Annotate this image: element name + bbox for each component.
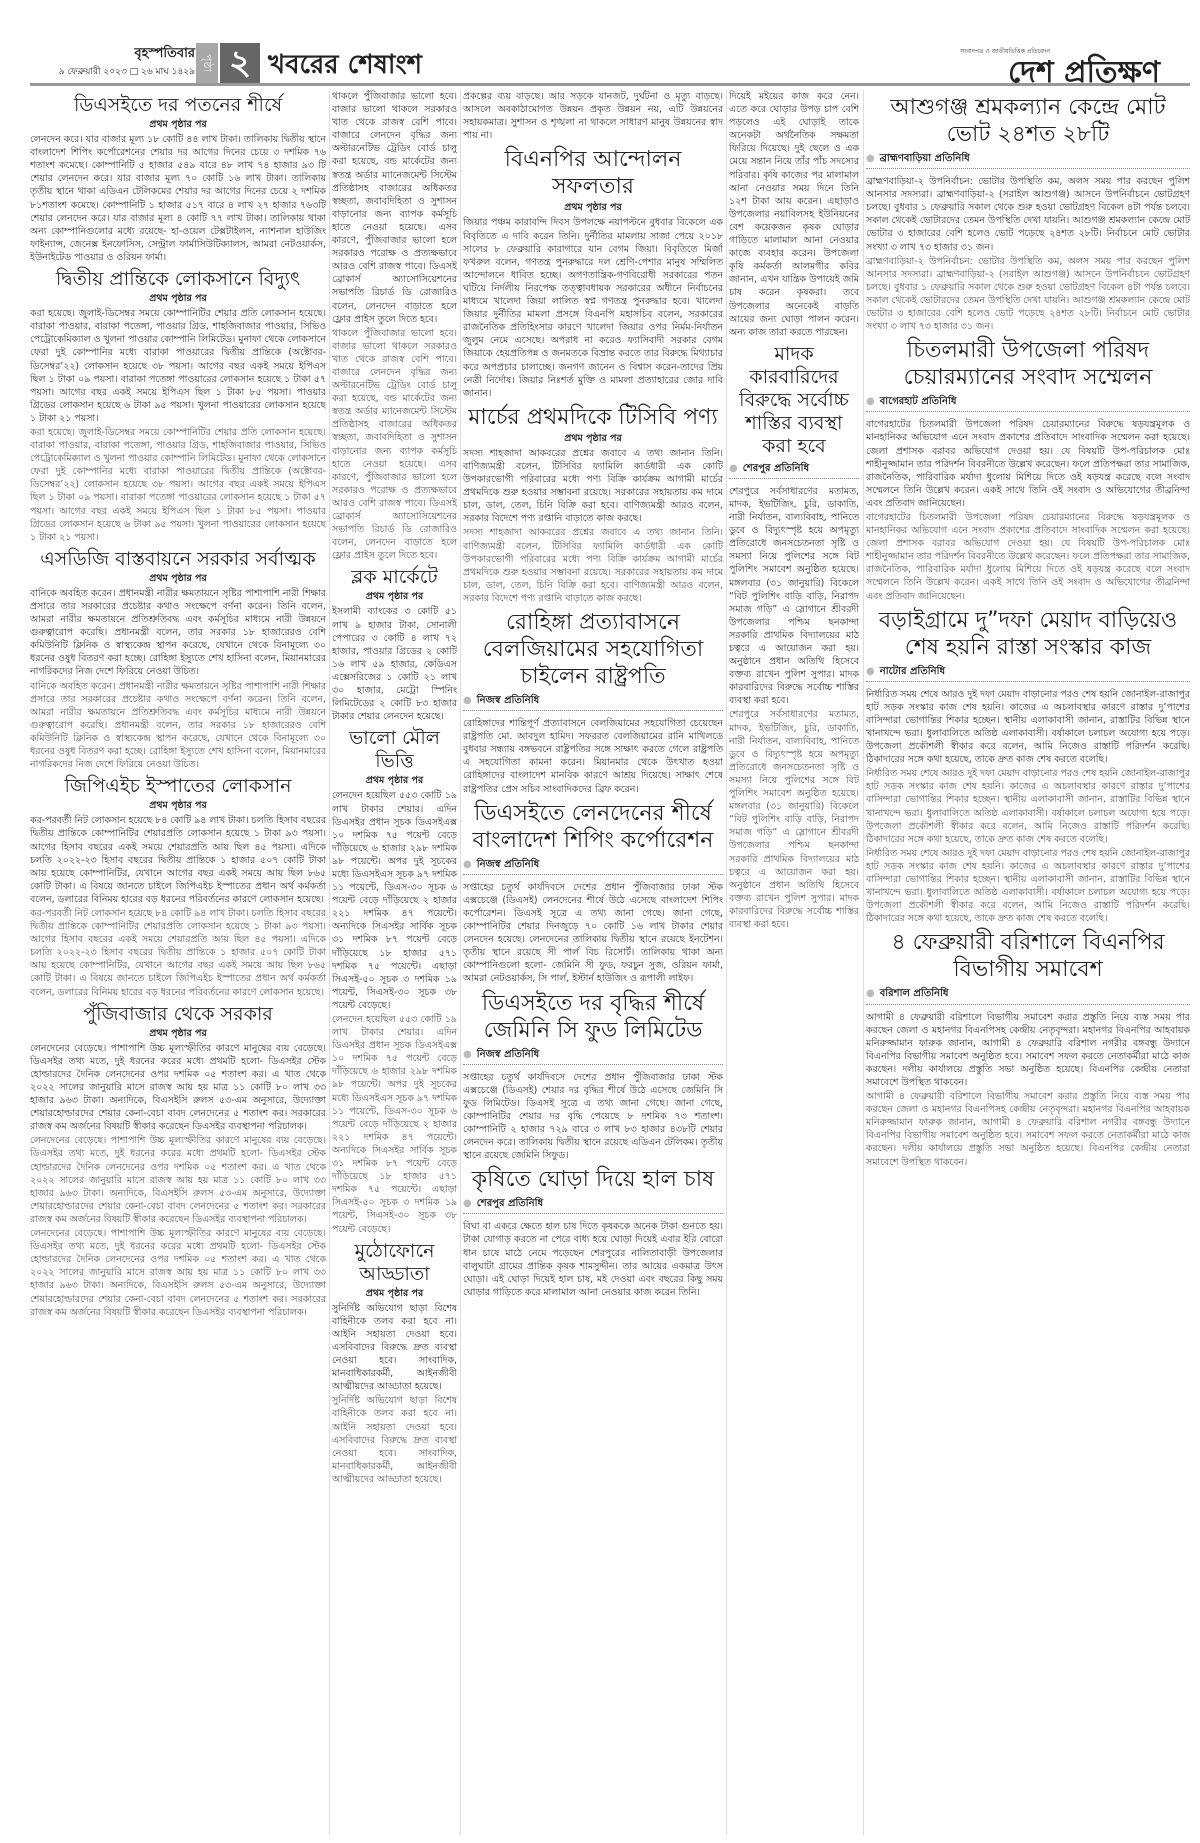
issue-date: ৯ ফেব্রুয়ারী ২০২৩ □ ২৬ মাঘ ১৪২৯	[59, 64, 195, 79]
column-2: থাকলে পুঁজিবাজার ভালো হবে। বাজার ভালো থা…	[332, 90, 457, 1835]
article-body: করা হয়েছে। জুলাই-ডিসেম্বর সময়ে কোম্পান…	[30, 307, 326, 425]
headline[interactable]: পুঁজিবাজার থেকে সরকার	[30, 1003, 326, 1026]
article-gemini-sea-food: ডিএসইতে দর বৃদ্ধির শীর্ষে জেমিনি সি ফুড …	[463, 990, 723, 1163]
article-block-market: ব্লক মার্কেটে প্রথম পৃষ্ঠার পর ইসলামী ব্…	[332, 566, 457, 723]
article-body: লেনদেনের বেড়েছে। পাশাপাশি উচ্চ মূল্যস্ফ…	[30, 1134, 326, 1226]
column-5: আশুগঞ্জ শ্রমকল্যান কেন্দ্রে মোট ভোট ২৪শত…	[866, 90, 1190, 1835]
column-divider	[726, 90, 727, 1835]
headline[interactable]: ডিএসইতে দর বৃদ্ধির শীর্ষে জেমিনি সি ফুড …	[463, 990, 723, 1044]
byline-divider	[463, 1064, 723, 1065]
article-body: লেনদেনের বেড়েছে। পাশাপাশি উচ্চ মূল্যস্ফ…	[30, 1227, 326, 1319]
continued-label: প্রথম পৃষ্ঠার পর	[332, 590, 457, 603]
byline-divider	[866, 168, 1190, 169]
byline: শেরপুর প্রতিনিধি	[729, 462, 859, 475]
article-body: নির্ধারিত সময় শেষে আরও দুই দফা মেয়াদ ব…	[866, 847, 1190, 926]
section-title: খবরের শেষাংশ	[268, 44, 422, 88]
article-gph-ispat: জিপিএইচ ইস্পাতের লোকসান প্রথম পৃষ্ঠার পর…	[30, 775, 326, 998]
continued-label: প্রথম পৃষ্ঠার পর	[30, 292, 326, 305]
article-body: থাকলে পুঁজিবাজার ভালো হবে। বাজার ভালো থা…	[332, 327, 457, 563]
headline[interactable]: ডিএসইতে দর পতনের শীর্ষে	[30, 94, 326, 117]
article-body: নির্ধারিত সময় শেষে আরও দুই দফা মেয়াদ ব…	[866, 688, 1190, 767]
page-number: ২	[220, 43, 260, 83]
article-sdg: এসডিজি বাস্তবায়নে সরকার সর্বাত্মক প্রথম…	[30, 548, 326, 771]
headline[interactable]: দ্বিতীয় প্রান্তিকে লোকসানে বিদ্যুৎ	[30, 268, 326, 291]
article-body: কর-পরবর্তী নিট লোকসান হয়েছে ৮৪ কোটি ৯৪ …	[30, 814, 326, 906]
article-body: বাগেরহাটের চিতলমারী উপজেলা পরিষদ চেয়ারম…	[866, 418, 1190, 510]
headline[interactable]: ৪ ফেব্রুয়ারী বরিশালে বিএনপির বিভাগীয় স…	[866, 929, 1190, 983]
byline: নিজস্ব প্রতিনিধি	[463, 1048, 723, 1061]
article-dse-fall: ডিএসইতে দর পতনের শীর্ষে প্রথম পৃষ্ঠার পর…	[30, 94, 326, 264]
column-divider	[460, 90, 461, 1835]
article-capital-market: পুঁজিবাজার থেকে সরকার প্রথম পৃষ্ঠার পর ল…	[30, 1003, 326, 1319]
article-body: সপ্তাহের চতুর্থ কার্যদিবসে দেশের প্রধান …	[463, 881, 723, 986]
article-chitalmari: চিতলমারী উপজেলা পরিষদ চেয়ারম্যানের সংবা…	[866, 337, 1190, 602]
continued-label: প্রথম পৃষ্ঠার পর	[30, 118, 326, 131]
article-body: থাকলে পুঁজিবাজার ভালো হবে। বাজার ভালো থা…	[332, 90, 457, 326]
byline-divider	[729, 478, 859, 479]
byline: শেরপুর প্রতিনিধি	[463, 1197, 723, 1210]
column-4: দিয়েই মইয়ের কাজ করে নেন। এতে করে ঘোড়া…	[729, 90, 859, 1835]
article-body: রোহিঙ্গাদের শান্তিপূর্ণ প্রত্যাবাসনে বেল…	[463, 717, 723, 796]
article-body: বানিকে অবহিত করেন। প্রধানমন্ত্রী নারীর ক…	[30, 680, 326, 772]
article-body: নির্ধারিত সময় শেষে আরও দুই দফা মেয়াদ ব…	[866, 767, 1190, 846]
article-body: বাগেরহাটের চিতলমারী উপজেলা পরিষদ চেয়ারম…	[866, 511, 1190, 603]
article-body: শেরপুরে সর্বসাধারণের মতামত, মাদক, ইভটিজি…	[729, 485, 859, 708]
article-mobile-chatting: মুঠোফোনে আড্ডাতা প্রথম পৃষ্ঠার পর সুনির্…	[332, 1240, 457, 1486]
article-body: সুনির্দিষ্ট অভিযোগ ছাড়া বিশেষ বাহিনীকে …	[332, 1394, 457, 1486]
article-body: ব্রাহ্মণবাড়িয়া-২ উপনির্বাচন: ভোটার উপস…	[866, 175, 1190, 254]
headline[interactable]: বিএনপির আন্দোলন সফলতার	[463, 146, 723, 200]
article-body: লেনদেন করে। যার বাজার মূল্য ১৮ কোটি ৪৪ ল…	[30, 133, 326, 264]
header-rule	[30, 83, 1190, 86]
article-second-quarter-loss: দ্বিতীয় প্রান্তিকে লোকসানে বিদ্যুৎ প্রথ…	[30, 268, 326, 544]
byline: নিজস্ব প্রতিনিধি	[463, 694, 723, 707]
weekday: বৃহস্পতিবার	[134, 44, 195, 65]
byline: বরিশাল প্রতিনিধি	[866, 987, 1190, 1000]
article-body: বিঘা বা একরে ক্ষেতে হাল চাষ দিতে কৃষককে …	[463, 1220, 723, 1299]
byline: ব্রাহ্মণবাড়িয়া প্রতিনিধি	[866, 152, 1190, 165]
continued-label: প্রথম পৃষ্ঠার পর	[30, 799, 326, 812]
continued-label: প্রথম পৃষ্ঠার পর	[30, 1027, 326, 1040]
headline[interactable]: ভালো মৌল ভিত্তি	[332, 727, 457, 773]
headline[interactable]: চিতলমারী উপজেলা পরিষদ চেয়ারম্যানের সংবা…	[866, 337, 1190, 391]
byline-divider	[463, 1213, 723, 1214]
article-body: করা হয়েছে। জুলাই-ডিসেম্বর সময়ে কোম্পান…	[30, 426, 326, 544]
page-label: পৃষ্ঠা	[196, 43, 218, 83]
article-bnp-success: বিএনপির আন্দোলন সফলতার প্রথম পৃষ্ঠার পর …	[463, 146, 723, 399]
article-body: আগামী ৪ ফেব্রুয়ারী বরিশালে বিভাগীয় সমা…	[866, 1090, 1190, 1169]
article-body: শেরপুরে সর্বসাধারণের মতামত, মাদক, ইভটিজি…	[729, 708, 859, 931]
article-ashuganj: আশুগঞ্জ শ্রমকল্যান কেন্দ্রে মোট ভোট ২৪শত…	[866, 94, 1190, 333]
byline: নাটোর প্রতিনিধি	[866, 665, 1190, 678]
continued-label: প্রথম পৃষ্ঠার পর	[332, 1287, 457, 1300]
headline[interactable]: আশুগঞ্জ শ্রমকল্যান কেন্দ্রে মোট ভোট ২৪শত…	[866, 94, 1190, 148]
article-body: সদস্য শাহজাদা আকবরের প্রশ্নের জবাবে এ তথ…	[463, 526, 723, 605]
article-body: আগামী ৪ ফেব্রুয়ারী বরিশালে বিভাগীয় সমা…	[866, 1011, 1190, 1090]
headline[interactable]: বড়াইগ্রামে দু”দফা মেয়াদ বাড়িয়েও শেষ …	[866, 607, 1190, 661]
masthead: বৃহস্পতিবার ৯ ফেব্রুয়ারী ২০২৩ □ ২৬ মাঘ …	[0, 0, 1200, 82]
article-body: সপ্তাহের চতুর্থ কার্যদিবসে দেশের প্রধান …	[463, 1071, 723, 1163]
article-body: ইসলামী ব্যাংকের ৩ কোটি ৫১ লাখ ৯ হাজার টা…	[332, 605, 457, 723]
article-body: বানিকে অবহিত করেন। প্রধানমন্ত্রী নারীর ক…	[30, 587, 326, 679]
article-body: লেনদেন হয়েছিল ৫৫৩ কোটি ১৯ লাখ টাকার শেয…	[332, 789, 457, 1012]
byline-divider	[866, 411, 1190, 412]
byline: নিজস্ব প্রতিনিধি	[463, 858, 723, 871]
byline-divider	[866, 1004, 1190, 1005]
article-rohingya: রোহিঙ্গা প্রত্যাবাসনে বেলজিয়ামের সহযোগি…	[463, 609, 723, 796]
column-divider	[863, 90, 864, 1835]
article-body: দিয়েই মইয়ের কাজ করে নেন। এতে করে ঘোড়া…	[729, 90, 859, 339]
continued-label: প্রথম পৃষ্ঠার পর	[332, 774, 457, 787]
headline[interactable]: মার্চের প্রথমদিকে টিসিবি পণ্য	[463, 404, 723, 431]
headline[interactable]: কৃষিতে ঘোড়া দিয়ে হাল চাষ	[463, 1166, 723, 1193]
headline[interactable]: ডিএসইতে লেনদেনের শীর্ষে বাংলাদেশ শিপিং ক…	[463, 800, 723, 854]
article-shipping-corp: ডিএসইতে লেনদেনের শীর্ষে বাংলাদেশ শিপিং ক…	[463, 800, 723, 986]
headline[interactable]: ব্লক মার্কেটে	[332, 566, 457, 589]
article-body: লেনদেন হয়েছিল ৫৫৩ কোটি ১৯ লাখ টাকার শেয…	[332, 1013, 457, 1236]
headline[interactable]: জিপিএইচ ইস্পাতের লোকসান	[30, 775, 326, 798]
continued-label: প্রথম পৃষ্ঠার পর	[30, 572, 326, 585]
article-body: সুনির্দিষ্ট অভিযোগ ছাড়া বিশেষ বাহিনীকে …	[332, 1302, 457, 1394]
headline[interactable]: এসডিজি বাস্তবায়নে সরকার সর্বাত্মক	[30, 548, 326, 571]
article-tcb-products: মার্চের প্রথমদিকে টিসিবি পণ্য প্রথম পৃষ্…	[463, 404, 723, 605]
article-good-foundation: ভালো মৌল ভিত্তি প্রথম পৃষ্ঠার পর লেনদেন …	[332, 727, 457, 1235]
column-divider	[329, 90, 330, 1835]
byline-divider	[866, 681, 1190, 682]
continued-label: প্রথম পৃষ্ঠার পর	[463, 201, 723, 214]
article-baraigram: বড়াইগ্রামে দু”দফা মেয়াদ বাড়িয়েও শেষ …	[866, 607, 1190, 926]
article-body: সদস্য শাহজাদা আকবরের প্রশ্নের জবাবে এ তথ…	[463, 447, 723, 526]
headline[interactable]: মুঠোফোনে আড্ডাতা	[332, 1240, 457, 1286]
article-body: জিয়ার পঞ্চম কারাবন্দি দিবস উপলক্ষে নয়া…	[463, 216, 723, 399]
article-barishal: ৪ ফেব্রুয়ারী বরিশালে বিএনপির বিভাগীয় স…	[866, 929, 1190, 1168]
article-body: কর-পরবর্তী নিট লোকসান হয়েছে ৮৪ কোটি ৯৪ …	[30, 907, 326, 999]
column-3: প্রকল্পের ব্যয় বাড়ছে। আর সড়কে যানজট, …	[463, 90, 723, 1835]
continued-label: প্রথম পৃষ্ঠার পর	[463, 432, 723, 445]
column-1: ডিএসইতে দর পতনের শীর্ষে প্রথম পৃষ্ঠার পর…	[30, 90, 326, 1835]
headline[interactable]: রোহিঙ্গা প্রত্যাবাসনে বেলজিয়ামের সহযোগি…	[463, 609, 723, 690]
article-body: লেনদেনের বেড়েছে। পাশাপাশি উচ্চ মূল্যস্ফ…	[30, 1042, 326, 1134]
byline: বাগেরহাট প্রতিনিধি	[866, 395, 1190, 408]
article-horse-plough: কৃষিতে ঘোড়া দিয়ে হাল চাষ শেরপুর প্রতিন…	[463, 1166, 723, 1299]
headline[interactable]: মাদক কারবারিদের বিরুদ্ধে সর্বোচ্চ শাস্তি…	[729, 343, 859, 458]
byline-divider	[463, 710, 723, 711]
byline-divider	[463, 874, 723, 875]
article-drug-dealers: মাদক কারবারিদের বিরুদ্ধে সর্বোচ্চ শাস্তি…	[729, 343, 859, 931]
article-body: ব্রাহ্মণবাড়িয়া-২ উপনির্বাচন: ভোটার উপস…	[866, 255, 1190, 334]
article-body: প্রকল্পের ব্যয় বাড়ছে। আর সড়কে যানজট, …	[463, 90, 723, 142]
